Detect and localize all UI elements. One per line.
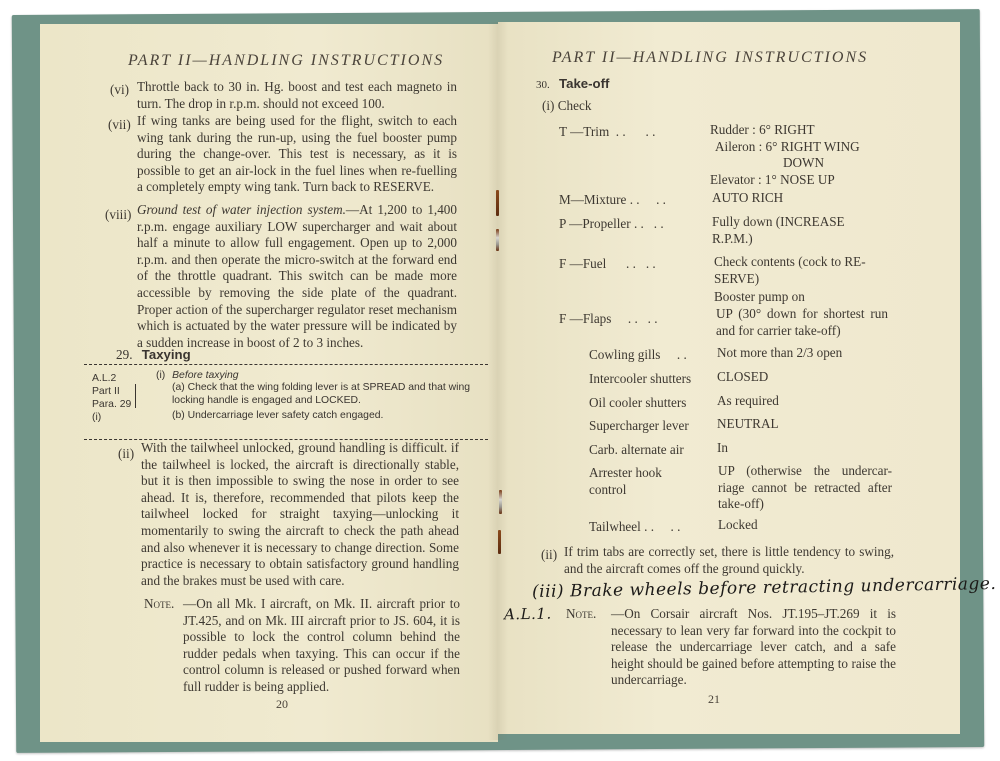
item-text: If trim tabs are correctly set, there is… — [564, 544, 894, 577]
note-text: —On Corsair aircraft Nos. JT.195–JT.269 … — [611, 606, 896, 689]
item-number: (vi) — [110, 82, 129, 99]
handwritten-margin-ref: A.L.1. — [504, 605, 552, 624]
staple-icon — [496, 190, 499, 216]
note-text: —On all Mk. I aircraft, on Mk. II. aircr… — [183, 596, 460, 696]
checklist-value: CLOSED — [717, 369, 897, 386]
checklist-label: Tailwheel . . . . — [589, 519, 680, 536]
checklist-value: UP (30° down for shortest run and for ca… — [716, 306, 888, 339]
checklist-label: F —Flaps . . . . — [559, 311, 658, 328]
checklist-label: Intercooler shutters — [589, 371, 691, 388]
item-body: —At 1,200 to 1,400 r.p.m. engage auxilia… — [137, 202, 457, 350]
checklist-value: Not more than 2/3 open — [717, 345, 897, 362]
checklist-value: As required — [717, 393, 897, 410]
item-text: If wing tanks are being used for the fli… — [137, 113, 457, 196]
checklist-label: Cowling gills . . — [589, 347, 687, 364]
page-number-right: 21 — [708, 692, 720, 707]
checklist-label: Carb. alternate air — [589, 442, 684, 459]
page-number-left: 20 — [276, 697, 288, 712]
item-text: Ground test of water injection system.—A… — [137, 202, 457, 351]
checklist-value: Rudder : 6° RIGHT Aileron : 6° RIGHT WIN… — [710, 122, 910, 188]
running-head-left: PART II—HANDLING INSTRUCTIONS — [128, 52, 444, 70]
note-label: Note. — [566, 606, 596, 623]
item-text: Throttle back to 30 in. Hg. boost and te… — [137, 79, 457, 112]
checklist-value: AUTO RICH — [712, 190, 892, 207]
running-head-right: PART II—HANDLING INSTRUCTIONS — [552, 49, 868, 67]
amendment-top-rule — [84, 364, 488, 365]
checklist-label: Oil cooler shutters — [589, 395, 686, 412]
checklist-value: NEUTRAL — [717, 416, 897, 433]
section-title: Taxying — [142, 347, 191, 362]
checklist-value: UP (otherwise the undercar-riage cannot … — [718, 463, 892, 513]
checklist-label: P —Propeller . . . . — [559, 216, 664, 233]
item-number: (ii) — [541, 547, 557, 564]
checklist-label: F —Fuel . . . . — [559, 256, 656, 273]
amendment-ref: A.L.2 Part II Para. 29 (i) — [92, 372, 131, 424]
checklist-label: Supercharger lever — [589, 418, 689, 435]
checklist-label: M—Mixture . . . . — [559, 192, 666, 209]
checklist-value: Locked — [718, 517, 892, 534]
checklist-value: Check contents (cock to RE-SERVE) Booste… — [714, 254, 884, 306]
amendment-bar — [135, 384, 136, 408]
section-title: Take-off — [559, 76, 609, 91]
checklist-value: Fully down (INCREASE R.P.M.) — [712, 214, 872, 247]
note-label: Note. — [144, 596, 174, 613]
spine-gutter — [488, 22, 508, 740]
amendment-item-b: (b) Undercarriage lever safety catch eng… — [172, 409, 490, 422]
section-heading-taxying: 29. Taxying — [116, 347, 191, 363]
item-number: (vii) — [108, 117, 131, 134]
checklist-value: In — [717, 440, 897, 457]
staple-icon — [499, 490, 502, 514]
item-text: With the tailwheel unlocked, ground hand… — [141, 440, 459, 589]
staple-icon — [498, 530, 501, 554]
checklist-label: Arrester hook control — [589, 465, 699, 498]
item-number: (viii) — [105, 207, 131, 224]
checklist-label: T —Trim . . . . — [559, 124, 655, 141]
item-number: (ii) — [118, 446, 134, 463]
check-heading: (i) Check — [542, 98, 591, 115]
section-heading-takeoff: 30. Take-off — [536, 76, 609, 92]
item-italic-lead: Ground test of water injection system. — [137, 202, 346, 217]
amendment-item-a: (a) Check that the wing folding lever is… — [172, 381, 490, 407]
staple-icon — [496, 229, 499, 251]
